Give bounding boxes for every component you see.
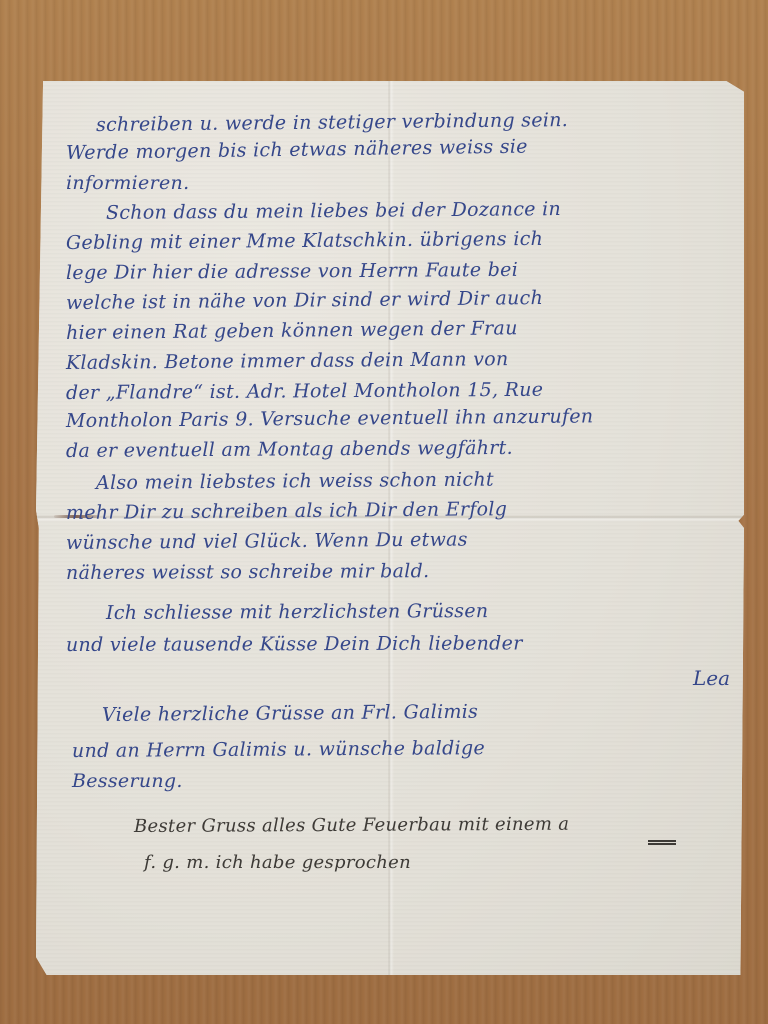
signature: Lea <box>693 666 730 690</box>
letter-line: Schon dass du mein liebes bei der Dozanc… <box>106 198 561 224</box>
letter-line: mehr Dir zu schreiben als ich Dir den Er… <box>66 498 507 524</box>
letter-line: und viele tausende Küsse Dein Dich liebe… <box>66 632 523 656</box>
postscript-line: Besserung. <box>72 770 183 792</box>
letter-line: näheres weisst so schreibe mir bald. <box>66 560 430 584</box>
letter-line: wünsche und viel Glück. Wenn Du etwas <box>66 528 468 554</box>
letter-line: Kladskin. Betone immer dass dein Mann vo… <box>66 348 509 374</box>
letter-line: Ich schliesse mit herzlichsten Grüssen <box>106 600 489 624</box>
pencil-note-line: Bester Gruss alles Gute Feuerbau mit ein… <box>134 814 569 837</box>
pencil-note-line: f. g. m. ich habe gesprochen <box>144 852 411 873</box>
postscript-line: Viele herzliche Grüsse an Frl. Galimis <box>102 701 478 726</box>
double-underline-mark <box>648 840 676 842</box>
letter-line: lege Dir hier die adresse von Herrn Faut… <box>66 259 518 284</box>
postscript-line: und an Herrn Galimis u. wünsche baldige <box>72 737 485 762</box>
letter-line: der „Flandre“ ist. Adr. Hotel Montholon … <box>66 379 543 404</box>
letter-line: informieren. <box>66 172 189 194</box>
letter-line: Also mein liebstes ich weiss schon nicht <box>96 469 494 494</box>
letter-line: da er eventuell am Montag abends wegfähr… <box>66 437 513 462</box>
letter-line: Montholon Paris 9. Versuche eventuell ih… <box>66 405 594 432</box>
letter-line: Gebling mit einer Mme Klatschkin. übrige… <box>66 228 543 254</box>
